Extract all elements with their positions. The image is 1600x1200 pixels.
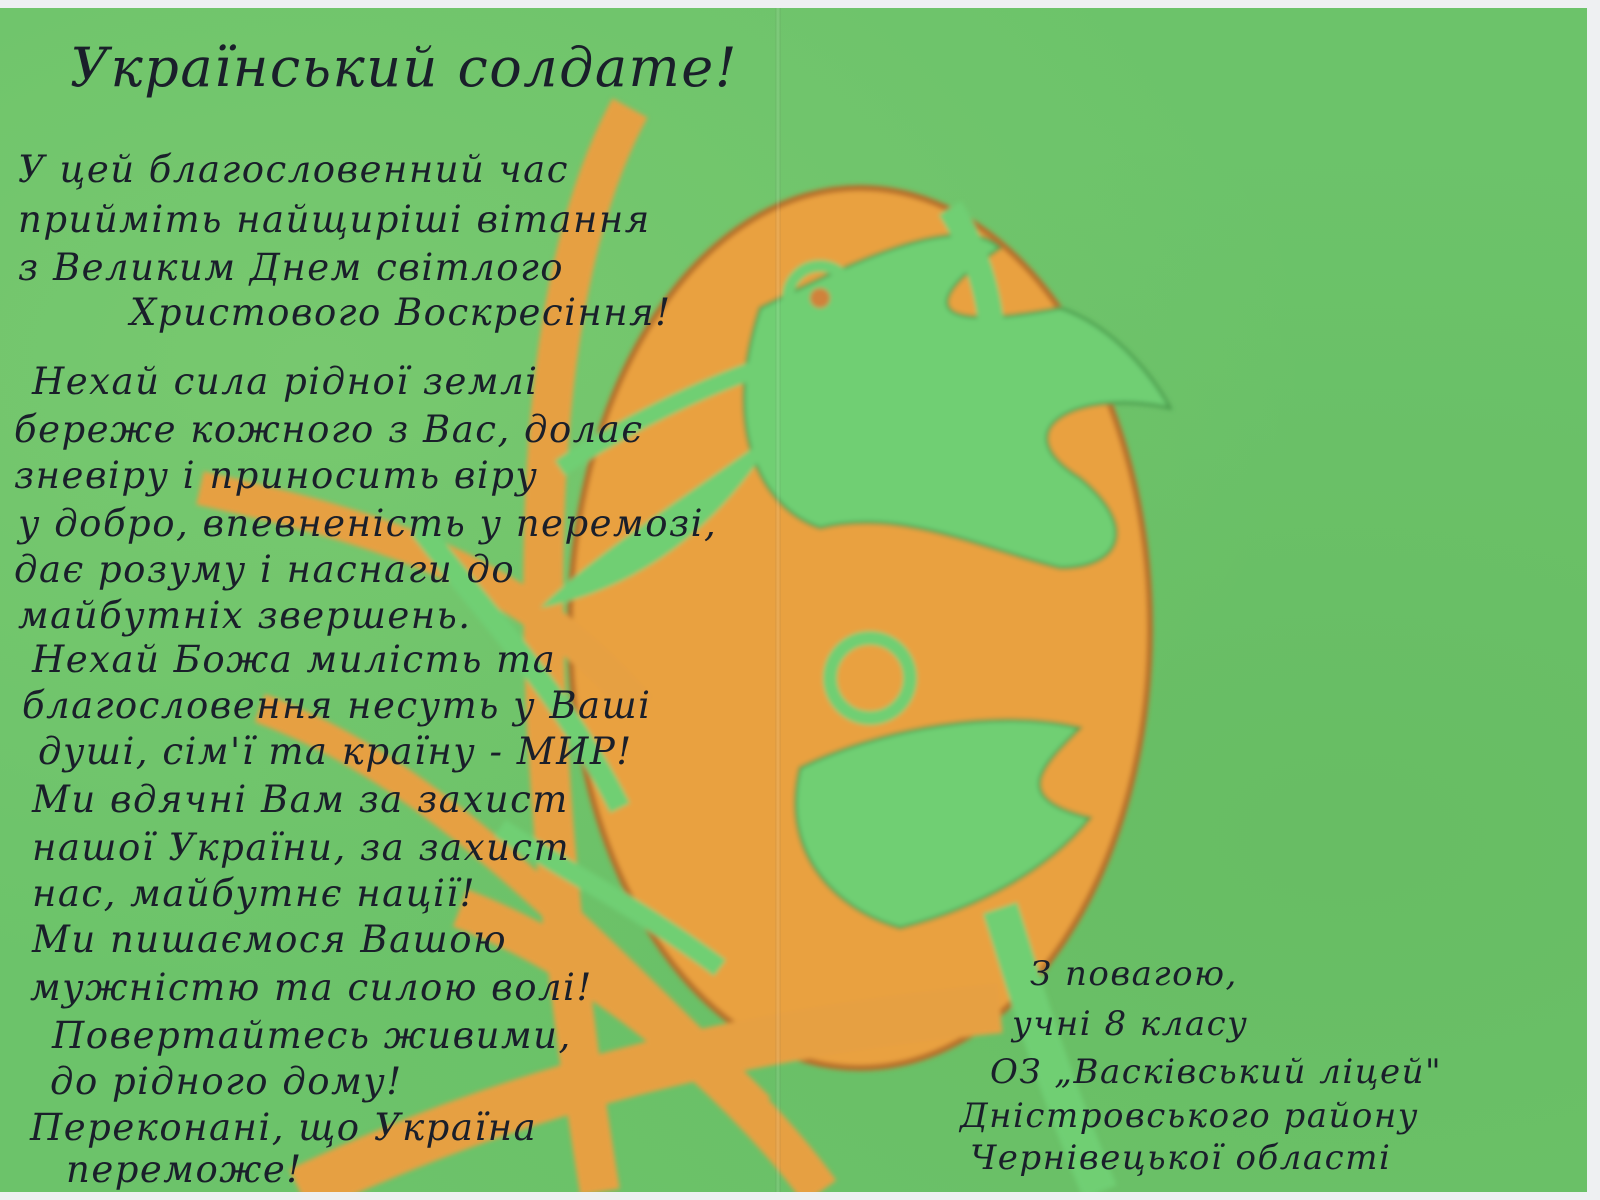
message-line: благословення несуть у Ваші — [22, 684, 651, 727]
signature-line: ОЗ „Васкiвський ліцей" — [990, 1052, 1442, 1092]
greeting-card: Український солдате! У цей благословенни… — [0, 8, 1587, 1192]
signature-line: Чернівецької області — [970, 1138, 1391, 1178]
message-line: з Великим Днем світлого — [18, 246, 564, 289]
message-line: майбутніх звершень. — [18, 594, 472, 637]
message-line: мужністю та силою волі! — [30, 966, 593, 1009]
message-line: Переконані, що Україна — [30, 1106, 537, 1149]
signature-line: Дністровського району — [960, 1096, 1419, 1136]
message-line: нашої України, за захист — [32, 826, 570, 869]
message-line: прийміть найщиріші вітання — [18, 198, 651, 241]
paper-fold — [775, 8, 781, 1192]
message-line: Христового Воскресіння! — [130, 291, 672, 334]
message-line: Нехай Божа милість та — [32, 638, 556, 681]
message-line: у добро, впевненість у перемозі, — [18, 502, 717, 545]
message-line: Повертайтесь живими, — [52, 1014, 572, 1057]
message-line: У цей благословенний час — [18, 148, 569, 191]
message-line: Ми пишаємося Вашою — [32, 918, 507, 961]
signature-line: З повагою, — [1030, 954, 1238, 994]
message-line: Ми вдячні Вам за захист — [32, 778, 569, 821]
signature-line: учні 8 класу — [1012, 1004, 1248, 1044]
message-line: береже кожного з Вас, долає — [14, 408, 644, 451]
message-line: душі, сім'ї та країну - МИР! — [38, 730, 633, 773]
message-line: переможе! — [66, 1148, 303, 1191]
message-line: зневіру і приносить віру — [14, 454, 538, 497]
message-line: до рідного дому! — [50, 1060, 403, 1103]
card-title: Український солдате! — [70, 36, 738, 99]
message-line: дає розуму і наснаги до — [14, 548, 515, 591]
message-line: Нехай сила рідної землі — [32, 360, 538, 403]
message-line: нас, майбутнє нації! — [32, 872, 476, 915]
